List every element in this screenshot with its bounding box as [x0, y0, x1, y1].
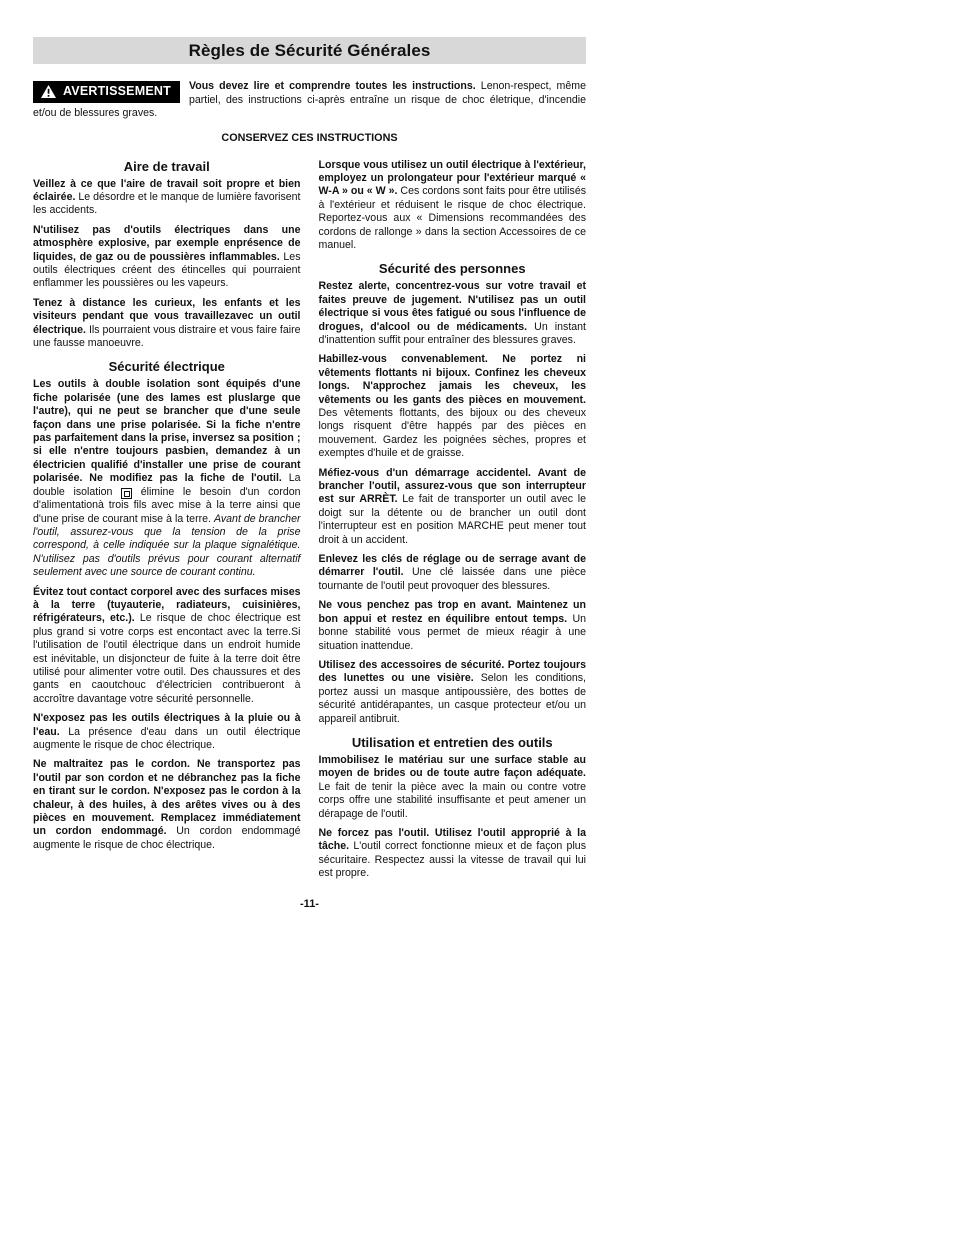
section-heading-securite-electrique: Sécurité électrique — [33, 359, 301, 374]
paragraph-lead: Les outils à double isolation sont équip… — [33, 378, 301, 484]
title-banner: Règles de Sécurité Générales — [33, 37, 586, 64]
paragraph-body: Le risque de choc électrique est plus gr… — [33, 612, 301, 704]
two-column-body: Aire de travail Veillez à ce que l'aire … — [33, 159, 586, 881]
right-column: Lorsque vous utilisez un outil électriqu… — [319, 159, 587, 881]
paragraph-body: L'outil correct fonctionne mieux et de f… — [319, 840, 587, 879]
paragraph: Restez alerte, concentrez-vous sur votre… — [319, 280, 587, 347]
paragraph-body: Des vêtements flottants, des bijoux ou d… — [319, 407, 587, 459]
save-instructions-line: CONSERVEZ CES INSTRUCTIONS — [33, 132, 586, 144]
warning-badge: AVERTISSEMENT — [33, 81, 180, 103]
paragraph: Utilisez des accessoires de sécurité. Po… — [319, 659, 587, 726]
left-column: Aire de travail Veillez à ce que l'aire … — [33, 159, 301, 881]
document-sheet: Règles de Sécurité Générales AVERTISSEME… — [33, 37, 586, 910]
paragraph: Ne forcez pas l'outil. Utilisez l'outil … — [319, 827, 587, 881]
warning-triangle-icon — [41, 85, 56, 98]
section-heading-aire-de-travail: Aire de travail — [33, 159, 301, 174]
paragraph-lead: Habillez-vous convenablement. Ne portez … — [319, 353, 587, 405]
paragraph: N'utilisez pas d'outils électriques dans… — [33, 224, 301, 291]
paragraph: Enlevez les clés de réglage ou de serrag… — [319, 553, 587, 593]
page-number: -11- — [33, 898, 586, 910]
paragraph: Tenez à distance les curieux, les enfant… — [33, 297, 301, 351]
paragraph-body: Le fait de tenir la pièce avec la main o… — [319, 781, 587, 820]
page-title: Règles de Sécurité Générales — [189, 41, 431, 61]
paragraph-lead: Immobilisez le matériau sur une surface … — [319, 754, 587, 779]
paragraph: Veillez à ce que l'aire de travail soit … — [33, 178, 301, 218]
paragraph-body: La présence d'eau dans un outil électriq… — [33, 726, 301, 751]
manual-page: { "page": { "title": "Règles de Sécurité… — [0, 0, 954, 1235]
paragraph: Immobilisez le matériau sur une surface … — [319, 754, 587, 821]
section-heading-utilisation-et-entretien: Utilisation et entretien des outils — [319, 735, 587, 750]
paragraph: Évitez tout contact corporel avec des su… — [33, 586, 301, 707]
paragraph: Ne vous penchez pas trop en avant. Maint… — [319, 599, 587, 653]
warning-lead-text: Vous devez lire et comprendre toutes les… — [189, 80, 476, 92]
double-insulation-icon — [121, 488, 132, 499]
double-insulation-icon-inner-square — [124, 491, 130, 497]
paragraph-lead: Ne vous penchez pas trop en avant. Maint… — [319, 599, 587, 624]
warning-section: AVERTISSEMENT Vous devez lire et compren… — [33, 80, 586, 121]
paragraph: Ne maltraitez pas le cordon. Ne transpor… — [33, 758, 301, 852]
paragraph: Lorsque vous utilisez un outil électriqu… — [319, 159, 587, 253]
paragraph: Habillez-vous convenablement. Ne portez … — [319, 353, 587, 460]
paragraph-double-insulation: Les outils à double isolation sont équip… — [33, 378, 301, 579]
section-heading-securite-des-personnes: Sécurité des personnes — [319, 261, 587, 276]
paragraph: N'exposez pas les outils électriques à l… — [33, 712, 301, 752]
warning-label: AVERTISSEMENT — [63, 85, 171, 99]
paragraph: Méfiez-vous d'un démarrage accidentel. A… — [319, 467, 587, 547]
paragraph-lead: N'utilisez pas d'outils électriques dans… — [33, 224, 301, 263]
